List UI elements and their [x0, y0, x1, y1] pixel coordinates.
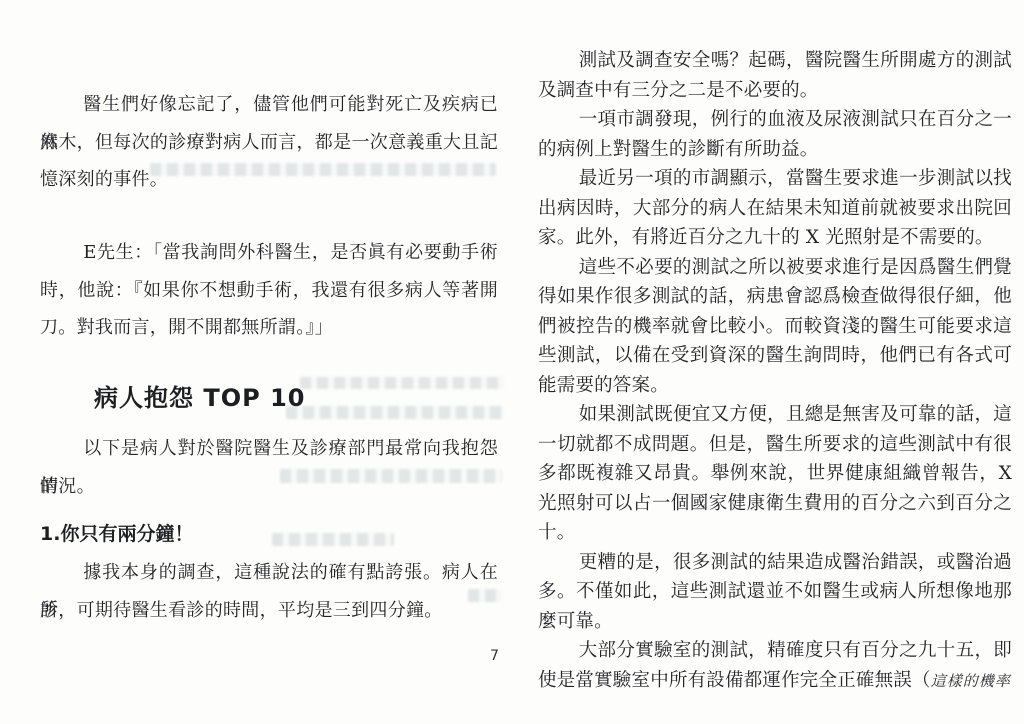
- text-line: 麼可靠。: [538, 607, 1012, 637]
- text-line: 多都既複雜又昂貴。舉例來說，世界健康組織曾報告，X: [538, 459, 1012, 489]
- bleed-through-artifact: [286, 406, 504, 419]
- text-segment: 使是當實驗室中所有設備都運作完全正確無誤（: [538, 670, 931, 691]
- text-line: 十。: [538, 518, 1012, 548]
- paragraph: 醫生們好像忘記了，儘管他們可能對死亡及疾病已然 麻木，但每次的診療對病人而言，都…: [40, 86, 498, 199]
- text-line: 醫生們好像忘記了，儘管他們可能對死亡及疾病已然: [40, 86, 498, 124]
- text-line: 時，他說：『如果你不想動手術，我還有很多病人等著開: [40, 272, 498, 310]
- right-page: 測試及調查安全嗎？起碼，醫院醫生所開處方的測試 及調查中有三分之二是不必要的。 …: [538, 0, 1012, 724]
- bleed-through-artifact: [300, 377, 504, 389]
- patient-quote-paragraph: E先生：「當我詢問外科醫生，是否眞有必要動手術 時，他說：『如果你不想動手術，我…: [40, 234, 498, 347]
- text-line: 以下是病人對於醫院醫生及診療部門最常向我抱怨的: [40, 430, 498, 468]
- text-line: 大部分實驗室的測試，精確度只有百分之九十五，即: [538, 636, 1012, 666]
- complaint-item-paragraph: 據我本身的調查，這種說法的確有點誇張。病人在診 所，可期待醫生看診的時間，平均是…: [40, 554, 498, 629]
- text-line: 所，可期待醫生看診的時間，平均是三到四分鐘。: [40, 592, 498, 630]
- text-line: 使是當實驗室中所有設備都運作完全正確無誤（這樣的機率: [538, 666, 1012, 697]
- left-page: 醫生們好像忘記了，儘管他們可能對死亡及疾病已然 麻木，但每次的診療對病人而言，都…: [40, 0, 498, 724]
- bleed-through-artifact: [280, 469, 502, 483]
- text-line: 如果測試既便宜又方便，且總是無害及可靠的話，這: [538, 400, 1012, 430]
- complaint-item-heading: 1.你只有兩分鐘！: [40, 515, 498, 553]
- handwritten-note-segment: 這樣的機率: [931, 672, 1011, 690]
- text-line: 光照射可以占一個國家健康衛生費用的百分之六到百分之: [538, 489, 1012, 519]
- bleed-through-artifact: [150, 163, 496, 176]
- text-line: 出病因時，大部分的病人在結果未知道前就被要求出院回: [538, 194, 1012, 224]
- text-line: 多。不僅如此，這些測試還並不如醫生或病人所想像地那: [538, 577, 1012, 607]
- text-line: 據我本身的調查，這種說法的確有點誇張。病人在診: [40, 554, 498, 592]
- scanned-book-spread: 醫生們好像忘記了，儘管他們可能對死亡及疾病已然 麻木，但每次的診療對病人而言，都…: [0, 0, 1024, 724]
- text-line: 測試及調查安全嗎？起碼，醫院醫生所開處方的測試: [538, 46, 1012, 76]
- body-text: 測試及調查安全嗎？起碼，醫院醫生所開處方的測試 及調查中有三分之二是不必要的。 …: [538, 46, 1012, 696]
- intro-paragraph: 以下是病人對於醫院醫生及診療部門最常向我抱怨的 情況。: [40, 430, 498, 505]
- page-number: 7: [490, 648, 499, 664]
- text-line: 家。此外，有將近百分之九十的 X 光照射是不需要的。: [538, 223, 1012, 253]
- text-line: 的病例上對醫生的診斷有所助益。: [538, 135, 1012, 165]
- text-line: 們被控告的機率就會比較小。而較資淺的醫生可能要求這: [538, 312, 1012, 342]
- text-line: E先生：「當我詢問外科醫生，是否眞有必要動手術: [40, 234, 498, 272]
- text-line: 最近另一項的市調顯示，當醫生要求進一步測試以找: [538, 164, 1012, 194]
- text-line: 麻木，但每次的診療對病人而言，都是一次意義重大且記: [40, 124, 498, 162]
- text-line: 一切就都不成問題。但是，醫生所要求的這些測試中有很: [538, 430, 1012, 460]
- text-line: 這些不必要的測試之所以被要求進行是因爲醫生們覺: [538, 253, 1012, 283]
- text-line: 得如果作很多測試的話，病患會認爲檢查做得很仔細，他: [538, 282, 1012, 312]
- text-line: 及調查中有三分之二是不必要的。: [538, 76, 1012, 106]
- text-line: 更糟的是，很多測試的結果造成醫治錯誤，或醫治過: [538, 548, 1012, 578]
- text-line: 刀。對我而言，開不開都無所謂。』」: [40, 309, 498, 347]
- text-line: 些測試，以備在受到資深的醫生詢問時，他們已有各式可: [538, 341, 1012, 371]
- text-line: 能需要的答案。: [538, 371, 1012, 401]
- text-line: 一項市調發現，例行的血液及尿液測試只在百分之一: [538, 105, 1012, 135]
- bleed-through-artifact: [272, 533, 394, 546]
- bleed-through-artifact: [468, 589, 502, 602]
